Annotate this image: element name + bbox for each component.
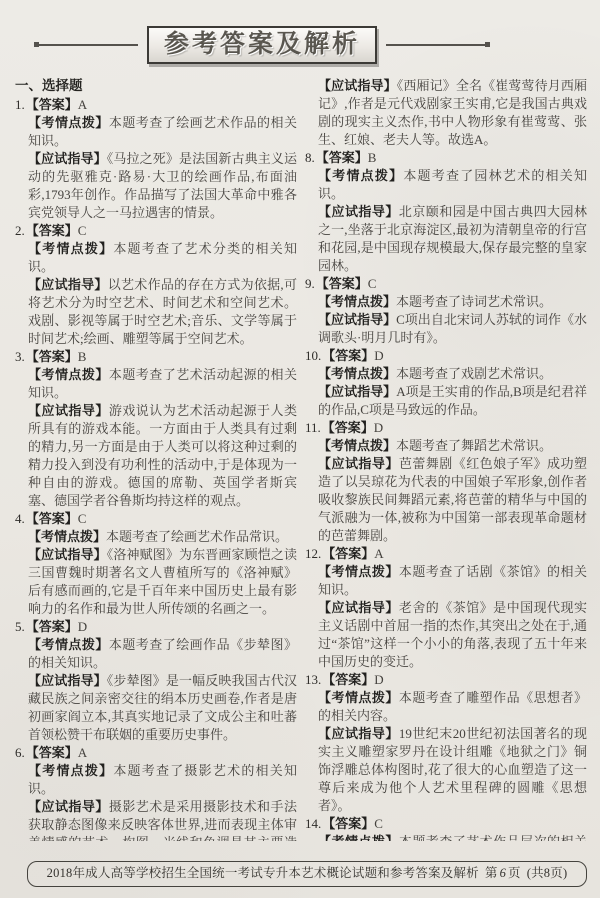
section-heading: 一、选择题: [15, 77, 297, 95]
part-label: 【答案】: [26, 223, 78, 238]
answer-item: 10.【答案】D【考情点拨】本题考查了戏剧艺术常识。【应试指导】A项是王实甫的作…: [305, 347, 587, 419]
answer-item: 3.【答案】B【考情点拨】本题考查了艺术活动起源的相关知识。【应试指导】游戏说认…: [15, 348, 297, 510]
footer-page-total: (共8页): [527, 866, 568, 880]
column-right: 【应试指导】《西厢记》全名《崔莺莺待月西厢记》,作者是元代戏剧家王实甫,它是我国…: [305, 77, 587, 841]
part-label: 【应试指导】: [28, 151, 107, 166]
item-number: 6.: [15, 745, 25, 760]
item-number: 10.: [305, 348, 321, 363]
answer-part: 【考情点拨】本题考查了舞蹈艺术常识。: [318, 437, 587, 455]
part-text: 本题考查了舞蹈艺术常识。: [396, 438, 552, 453]
item-number: 4.: [15, 511, 25, 526]
part-label: 【应试指导】: [318, 600, 399, 615]
item-number: 2.: [15, 223, 25, 238]
part-text: A: [78, 745, 87, 760]
part-label: 【答案】: [26, 511, 78, 526]
answer-part: 【考情点拨】本题考查了艺术分类的相关知识。: [28, 240, 297, 276]
answer-item: 【应试指导】《西厢记》全名《崔莺莺待月西厢记》,作者是元代戏剧家王实甫,它是我国…: [305, 77, 587, 149]
footer-box: 2018年成人高等学校招生全国统一考试专升本艺术概论试题和参考答案及解析第6页(…: [27, 861, 587, 887]
part-label: 【答案】: [316, 150, 368, 165]
answer-part: 【考情点拨】本题考查了诗词艺术常识。: [318, 293, 587, 311]
page-title: 参考答案及解析: [164, 30, 360, 58]
part-text: A: [78, 97, 87, 112]
part-label: 【答案】: [322, 546, 374, 561]
answer-part: 【应试指导】C项出自北宋词人苏轼的词作《水调歌头·明月几时有》。: [318, 311, 587, 347]
answer-part: 【应试指导】《洛神赋图》为东晋画家顾恺之读三国曹魏时期著名文人曹植所写的《洛神赋…: [28, 546, 297, 618]
footer-page-suffix: 页: [508, 866, 521, 880]
part-text: D: [374, 672, 383, 687]
part-label: 【应试指导】: [318, 78, 397, 93]
answer-item: 14.【答案】C【考情点拨】本题考查了艺术作品层次的相关知识。【应试指导】艺术作…: [305, 815, 587, 841]
answer-part: 【应试指导】芭蕾舞剧《红色娘子军》成功塑造了以吴琼花为代表的中国娘子军形象,创作…: [318, 455, 587, 545]
answer-part: 11.【答案】D: [305, 419, 587, 437]
answer-item: 1.【答案】A【考情点拨】本题考查了绘画艺术作品的相关知识。【应试指导】《马拉之…: [15, 96, 297, 222]
part-label: 【应试指导】: [318, 204, 399, 219]
header-rule-left: [36, 44, 138, 46]
answer-part: 【考情点拨】本题考查了艺术活动起源的相关知识。: [28, 366, 297, 402]
part-text: A: [374, 546, 383, 561]
part-text: 本题考查了诗词艺术常识。: [396, 294, 552, 309]
part-text: 游戏说认为艺术活动起源于人类所具有的游戏本能。一方面由于人类具有过剩的精力,另一…: [28, 403, 297, 508]
item-number: 8.: [305, 150, 315, 165]
answer-part: 【应试指导】摄影艺术是采用摄影技术和手法获取静态图像来反映客体世界,进而表现主体…: [28, 798, 297, 841]
answer-part: 【应试指导】《步辇图》是一幅反映我国古代汉藏民族之间亲密交往的绢本历史画卷,作者…: [28, 672, 297, 744]
part-text: D: [374, 420, 383, 435]
part-text: C: [78, 223, 87, 238]
part-label: 【答案】: [322, 420, 374, 435]
item-number: 14.: [305, 816, 321, 831]
footer-title: 2018年成人高等学校招生全国统一考试专升本艺术概论试题和参考答案及解析: [47, 866, 479, 880]
answer-part: 【考情点拨】本题考查了雕塑作品《思想者》的相关内容。: [318, 689, 587, 725]
answer-part: 【考情点拨】本题考查了摄影艺术的相关知识。: [28, 762, 297, 798]
part-label: 【考情点拨】: [28, 115, 109, 130]
part-label: 【考情点拨】: [318, 366, 396, 381]
answer-part: 【考情点拨】本题考查了绘画艺术作品的相关知识。: [28, 114, 297, 150]
answer-item: 5.【答案】D【考情点拨】本题考查了绘画作品《步辇图》的相关知识。【应试指导】《…: [15, 618, 297, 744]
part-label: 【考情点拨】: [28, 637, 109, 652]
part-label: 【应试指导】: [318, 384, 396, 399]
answer-part: 12.【答案】A: [305, 545, 587, 563]
part-label: 【答案】: [26, 97, 78, 112]
answer-part: 【考情点拨】本题考查了艺术作品层次的相关知识。: [318, 833, 587, 841]
answer-item: 4.【答案】C【考情点拨】本题考查了绘画艺术作品常识。【应试指导】《洛神赋图》为…: [15, 510, 297, 618]
answer-part: 5.【答案】D: [15, 618, 297, 636]
part-label: 【考情点拨】: [318, 834, 399, 841]
part-label: 【应试指导】: [28, 277, 108, 292]
answer-part: 【考情点拨】本题考查了话剧《茶馆》的相关知识。: [318, 563, 587, 599]
part-label: 【考情点拨】: [318, 438, 396, 453]
part-label: 【应试指导】: [28, 547, 107, 562]
answer-part: 【应试指导】以艺术作品的存在方式为依据,可将艺术分为时空艺术、时间艺术和空间艺术…: [28, 276, 297, 348]
part-text: 本题考查了戏剧艺术常识。: [396, 366, 552, 381]
part-label: 【考情点拨】: [318, 294, 396, 309]
part-text: D: [374, 348, 383, 363]
answer-part: 【应试指导】《马拉之死》是法国新古典主义运动的先驱雅克·路易·大卫的绘画作品,布…: [28, 150, 297, 222]
answer-part: 【应试指导】老舍的《茶馆》是中国现代现实主义话剧中首屈一指的杰作,其突出之处在于…: [318, 599, 587, 671]
part-label: 【答案】: [26, 619, 78, 634]
answer-part: 14.【答案】C: [305, 815, 587, 833]
answer-item: 11.【答案】D【考情点拨】本题考查了舞蹈艺术常识。【应试指导】芭蕾舞剧《红色娘…: [305, 419, 587, 545]
item-number: 12.: [305, 546, 321, 561]
part-text: B: [368, 150, 377, 165]
part-label: 【考情点拨】: [28, 367, 109, 382]
column-left: 一、选择题1.【答案】A【考情点拨】本题考查了绘画艺术作品的相关知识。【应试指导…: [15, 77, 297, 841]
part-label: 【答案】: [26, 745, 78, 760]
answer-item: 6.【答案】A【考情点拨】本题考查了摄影艺术的相关知识。【应试指导】摄影艺术是采…: [15, 744, 297, 841]
part-label: 【应试指导】: [318, 312, 396, 327]
answer-item: 9.【答案】C【考情点拨】本题考查了诗词艺术常识。【应试指导】C项出自北宋词人苏…: [305, 275, 587, 347]
answer-part: 【应试指导】《西厢记》全名《崔莺莺待月西厢记》,作者是元代戏剧家王实甫,它是我国…: [318, 77, 587, 149]
header-rule-right: [386, 44, 488, 46]
part-text: B: [78, 349, 87, 364]
part-label: 【答案】: [322, 672, 374, 687]
part-text: C: [368, 276, 377, 291]
answer-part: 【考情点拨】本题考查了绘画作品《步辇图》的相关知识。: [28, 636, 297, 672]
item-number: 9.: [305, 276, 315, 291]
item-number: 11.: [305, 420, 321, 435]
answer-item: 2.【答案】C【考情点拨】本题考查了艺术分类的相关知识。【应试指导】以艺术作品的…: [15, 222, 297, 348]
part-label: 【考情点拨】: [28, 529, 106, 544]
part-text: 本题考查了绘画艺术作品常识。: [106, 529, 288, 544]
answer-item: 8.【答案】B【考情点拨】本题考查了园林艺术的相关知识。【应试指导】北京颐和园是…: [305, 149, 587, 275]
item-number: 5.: [15, 619, 25, 634]
content-area: 一、选择题1.【答案】A【考情点拨】本题考查了绘画艺术作品的相关知识。【应试指导…: [0, 75, 600, 841]
answer-part: 【应试指导】19世纪末20世纪初法国著名的现实主义雕塑家罗丹在设计组雕《地狱之门…: [318, 725, 587, 815]
answer-part: 13.【答案】D: [305, 671, 587, 689]
answer-part: 【考情点拨】本题考查了园林艺术的相关知识。: [318, 167, 587, 203]
part-text: C: [78, 511, 87, 526]
footer-page-number: 6: [498, 866, 508, 880]
part-label: 【答案】: [322, 348, 374, 363]
page-footer: 2018年成人高等学校招生全国统一考试专升本艺术概论试题和参考答案及解析第6页(…: [27, 861, 587, 887]
answer-part: 10.【答案】D: [305, 347, 587, 365]
answer-part: 4.【答案】C: [15, 510, 297, 528]
part-label: 【考情点拨】: [318, 690, 399, 705]
part-text: D: [78, 619, 87, 634]
part-label: 【答案】: [316, 276, 368, 291]
answer-part: 8.【答案】B: [305, 149, 587, 167]
answer-part: 【应试指导】A项是王实甫的作品,B项是纪君祥的作品,C项是马致远的作品。: [318, 383, 587, 419]
page-title-box: 参考答案及解析: [147, 26, 377, 65]
item-number: 1.: [15, 97, 25, 112]
answer-part: 【考情点拨】本题考查了绘画艺术作品常识。: [28, 528, 297, 546]
page-header: 参考答案及解析: [36, 25, 488, 65]
answer-part: 9.【答案】C: [305, 275, 587, 293]
footer-page-prefix: 第: [485, 866, 498, 880]
part-label: 【应试指导】: [318, 456, 399, 471]
answer-part: 1.【答案】A: [15, 96, 297, 114]
part-label: 【应试指导】: [28, 403, 109, 418]
part-label: 【应试指导】: [28, 799, 109, 814]
answer-part: 2.【答案】C: [15, 222, 297, 240]
part-label: 【考情点拨】: [28, 241, 113, 256]
part-text: C: [374, 816, 383, 831]
part-label: 【答案】: [322, 816, 374, 831]
item-number: 3.: [15, 349, 25, 364]
part-label: 【应试指导】: [318, 726, 399, 741]
answer-item: 12.【答案】A【考情点拨】本题考查了话剧《茶馆》的相关知识。【应试指导】老舍的…: [305, 545, 587, 671]
answer-key-page: 参考答案及解析 一、选择题1.【答案】A【考情点拨】本题考查了绘画艺术作品的相关…: [0, 0, 600, 898]
part-label: 【答案】: [26, 349, 78, 364]
answer-part: 【应试指导】游戏说认为艺术活动起源于人类所具有的游戏本能。一方面由于人类具有过剩…: [28, 402, 297, 510]
answer-part: 【应试指导】北京颐和园是中国古典四大园林之一,坐落于北京海淀区,最初为清朝皇帝的…: [318, 203, 587, 275]
part-label: 【应试指导】: [28, 673, 107, 688]
part-label: 【考情点拨】: [318, 564, 399, 579]
answer-part: 6.【答案】A: [15, 744, 297, 762]
item-number: 13.: [305, 672, 321, 687]
part-label: 【考情点拨】: [318, 168, 403, 183]
answer-part: 3.【答案】B: [15, 348, 297, 366]
part-label: 【考情点拨】: [28, 763, 113, 778]
answer-part: 【考情点拨】本题考查了戏剧艺术常识。: [318, 365, 587, 383]
answer-item: 13.【答案】D【考情点拨】本题考查了雕塑作品《思想者》的相关内容。【应试指导】…: [305, 671, 587, 815]
